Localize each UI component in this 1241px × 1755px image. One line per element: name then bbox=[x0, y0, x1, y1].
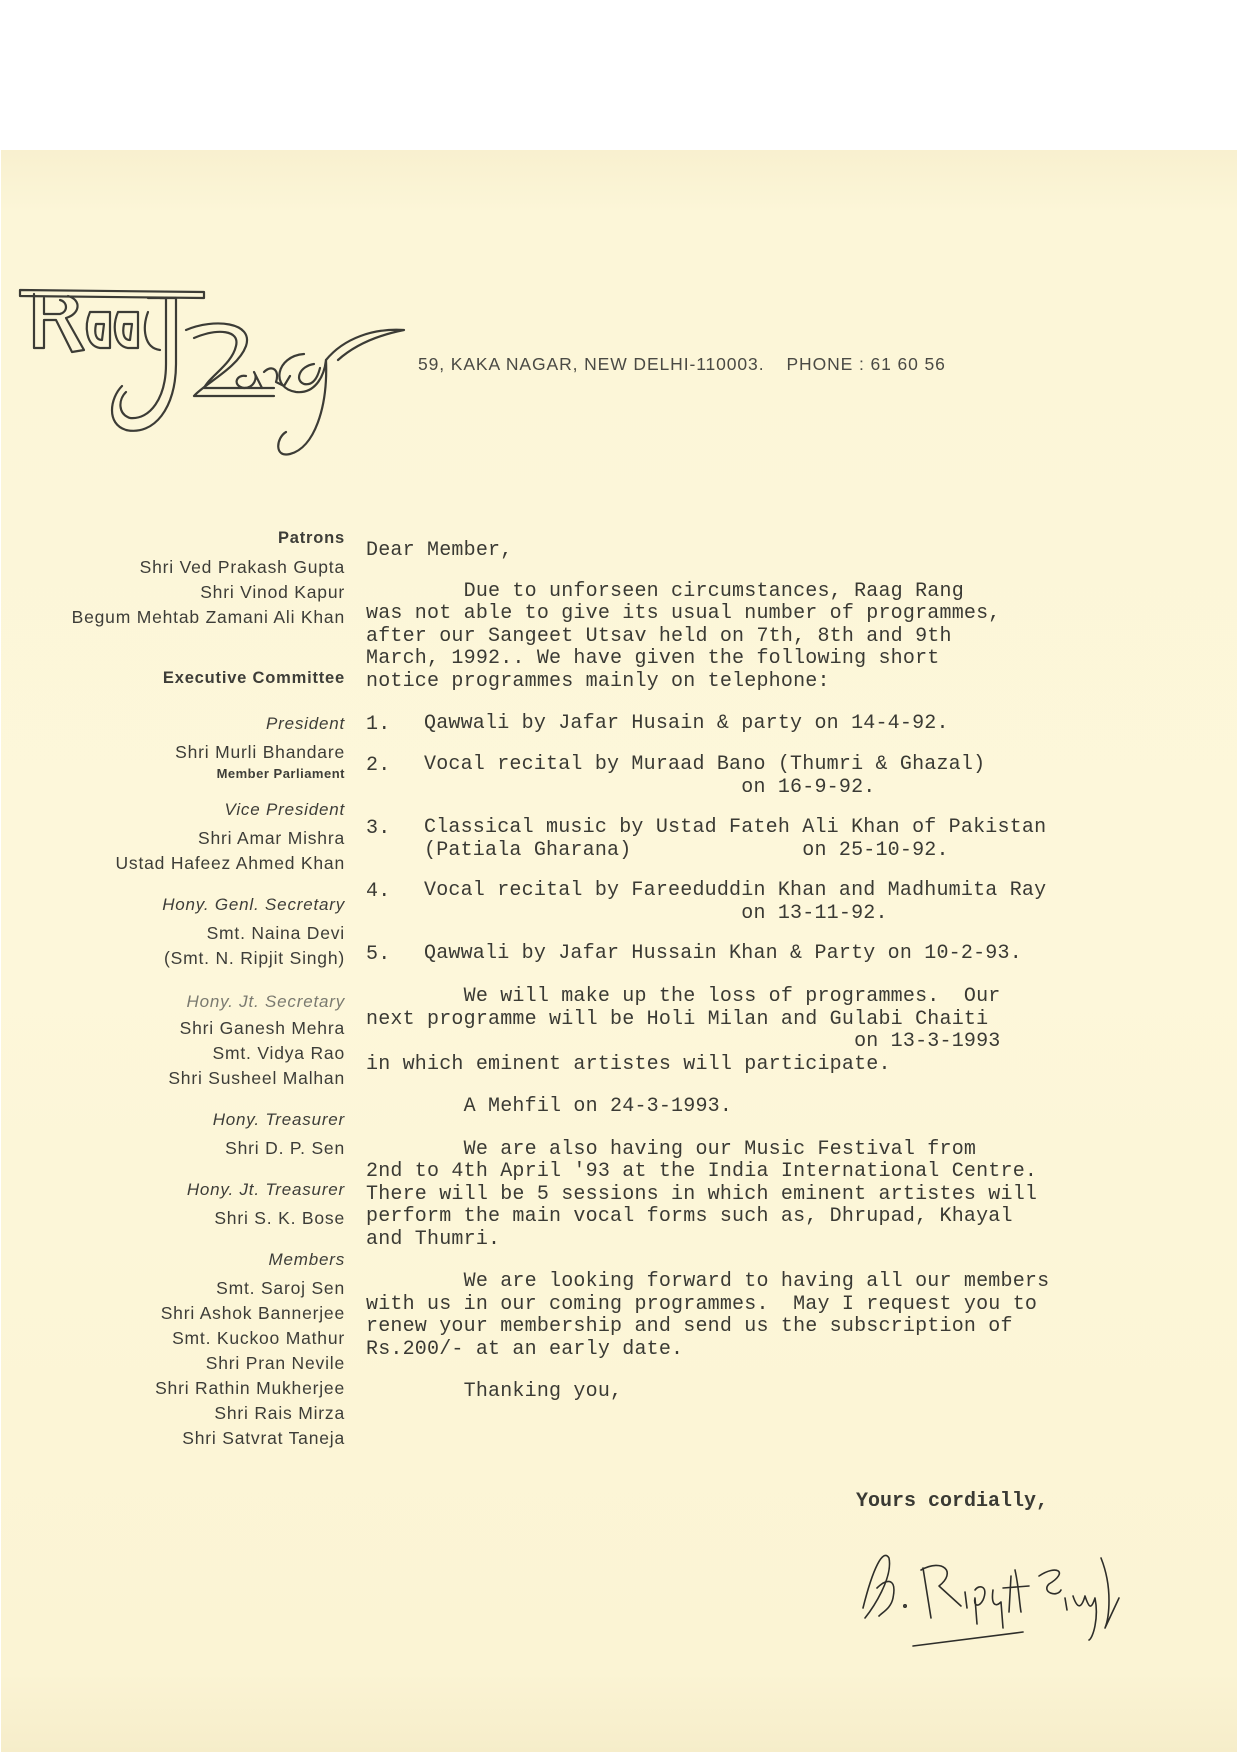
programme-text: Qawwali by Jafar Hussain Khan & Party on… bbox=[424, 943, 1022, 966]
letterhead-address: 59, KAKA NAGAR, NEW DELHI-110003.PHONE :… bbox=[418, 354, 946, 375]
festival-paragraph: We are also having our Music Festival fr… bbox=[366, 1139, 1216, 1252]
phone-number: PHONE : 61 60 56 bbox=[786, 354, 945, 374]
handwritten-signature: N. Ripjit Singh bbox=[843, 1528, 1143, 1658]
genl-secretary-name: (Smt. N. Ripjit Singh) bbox=[5, 946, 345, 971]
jt-secretary-heading: Hony. Jt. Secretary bbox=[5, 989, 345, 1014]
patron-name: Shri Ved Prakash Gupta bbox=[5, 555, 345, 580]
intro-paragraph: Due to unforseen circumstances, Raag Ran… bbox=[366, 581, 1216, 694]
programme-number: 3. bbox=[366, 817, 424, 862]
member-name: Shri Rais Mirza bbox=[5, 1401, 345, 1426]
programme-number: 5. bbox=[366, 943, 424, 966]
jt-secretary-name: Smt. Vidya Rao bbox=[5, 1041, 345, 1066]
programme-text: Vocal recital by Muraad Bano (Thumri & G… bbox=[424, 754, 985, 799]
programme-text: Classical music by Ustad Fateh Ali Khan … bbox=[424, 817, 1046, 862]
next-programme-paragraph: We will make up the loss of programmes. … bbox=[366, 986, 1216, 1076]
president-name: Shri Murli Bhandare bbox=[5, 740, 345, 765]
programme-item: 5. Qawwali by Jafar Hussain Khan & Party… bbox=[366, 943, 1216, 966]
president-heading: President bbox=[5, 711, 345, 736]
closing-line: Thanking you, bbox=[366, 1381, 1216, 1404]
treasurer-heading: Hony. Treasurer bbox=[5, 1107, 345, 1132]
programme-number: 1. bbox=[366, 713, 424, 736]
letter-body: Dear Member, Due to unforseen circumstan… bbox=[366, 540, 1216, 1404]
patron-name: Shri Vinod Kapur bbox=[5, 580, 345, 605]
jt-secretary-name: Shri Ganesh Mehra bbox=[5, 1016, 345, 1041]
mehfil-paragraph: A Mehfil on 24-3-1993. bbox=[366, 1096, 1216, 1119]
jt-secretary-name: Shri Susheel Malhan bbox=[5, 1066, 345, 1091]
raag-rang-logo bbox=[14, 268, 414, 468]
programme-item: 4. Vocal recital by Fareeduddin Khan and… bbox=[366, 880, 1216, 925]
vice-president-name: Shri Amar Mishra bbox=[5, 826, 345, 851]
member-name: Smt. Saroj Sen bbox=[5, 1276, 345, 1301]
signoff: Yours cordially, bbox=[856, 1490, 1048, 1513]
committee-sidebar: Patrons Shri Ved Prakash Gupta Shri Vino… bbox=[5, 526, 345, 1451]
programme-item: 3. Classical music by Ustad Fateh Ali Kh… bbox=[366, 817, 1216, 862]
jt-treasurer-heading: Hony. Jt. Treasurer bbox=[5, 1177, 345, 1202]
member-name: Smt. Kuckoo Mathur bbox=[5, 1326, 345, 1351]
members-heading: Members bbox=[5, 1247, 345, 1272]
genl-secretary-name: Smt. Naina Devi bbox=[5, 921, 345, 946]
membership-paragraph: We are looking forward to having all our… bbox=[366, 1271, 1216, 1361]
programme-text: Qawwali by Jafar Husain & party on 14-4-… bbox=[424, 713, 949, 736]
salutation: Dear Member, bbox=[366, 540, 1216, 563]
programme-text: Vocal recital by Fareeduddin Khan and Ma… bbox=[424, 880, 1046, 925]
member-name: Shri Rathin Mukherjee bbox=[5, 1376, 345, 1401]
member-name: Shri Ashok Bannerjee bbox=[5, 1301, 345, 1326]
programme-number: 4. bbox=[366, 880, 424, 925]
patron-name: Begum Mehtab Zamani Ali Khan bbox=[5, 605, 345, 630]
programme-item: 2. Vocal recital by Muraad Bano (Thumri … bbox=[366, 754, 1216, 799]
president-note: Member Parliament bbox=[5, 765, 345, 783]
patrons-heading: Patrons bbox=[5, 526, 345, 551]
executive-committee-heading: Executive Committee bbox=[5, 666, 345, 691]
member-name: Shri Pran Nevile bbox=[5, 1351, 345, 1376]
address-text: 59, KAKA NAGAR, NEW DELHI-110003. bbox=[418, 354, 764, 374]
programme-number: 2. bbox=[366, 754, 424, 799]
jt-treasurer-name: Shri S. K. Bose bbox=[5, 1206, 345, 1231]
genl-secretary-heading: Hony. Genl. Secretary bbox=[5, 892, 345, 917]
vice-president-heading: Vice President bbox=[5, 797, 345, 822]
signoff-block: Yours cordially, bbox=[856, 1490, 1048, 1513]
member-name: Shri Satvrat Taneja bbox=[5, 1426, 345, 1451]
programme-item: 1. Qawwali by Jafar Husain & party on 14… bbox=[366, 713, 1216, 736]
vice-president-name: Ustad Hafeez Ahmed Khan bbox=[5, 851, 345, 876]
treasurer-name: Shri D. P. Sen bbox=[5, 1136, 345, 1161]
